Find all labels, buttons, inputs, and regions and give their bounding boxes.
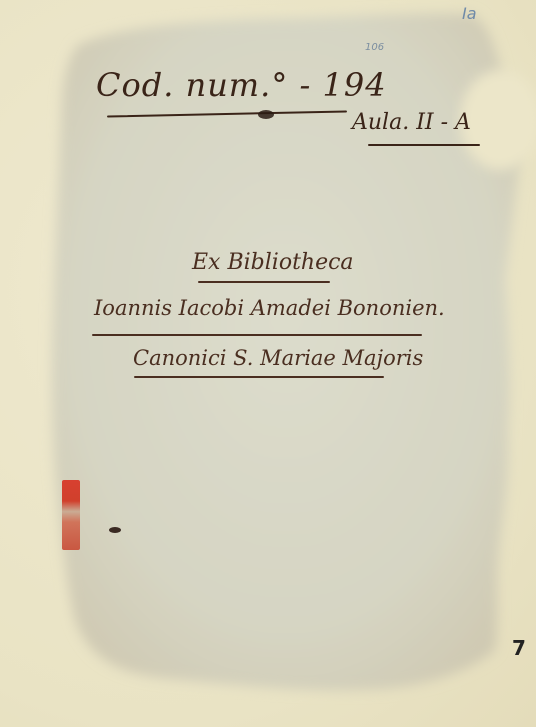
ex-libris-line-2: Ioannis Iacobi Amadei Bononien. [94,296,445,320]
ex-libris-underline-2 [92,334,422,336]
red-wax-stamp-mark [62,480,80,550]
shelfmark-line: Cod. num.° - 194 [96,66,387,104]
ink-spot [109,527,121,533]
ex-libris-underline-1 [198,281,330,283]
location-line: Aula. II - A [352,110,471,135]
ex-libris-line-1: Ex Bibliotheca [192,250,354,275]
manuscript-page: Ia 106 Cod. num.° - 194 Aula. II - A Ex … [0,0,536,727]
ex-libris-line-3: Canonici S. Mariae Majoris [133,346,423,370]
folio-number: 7 [512,636,526,660]
ink-blot [258,110,274,119]
pencil-mark-ia: Ia [462,4,477,23]
pencil-number: 106 [365,42,384,53]
ex-libris-underline-3 [134,376,384,378]
location-underline [368,144,480,146]
